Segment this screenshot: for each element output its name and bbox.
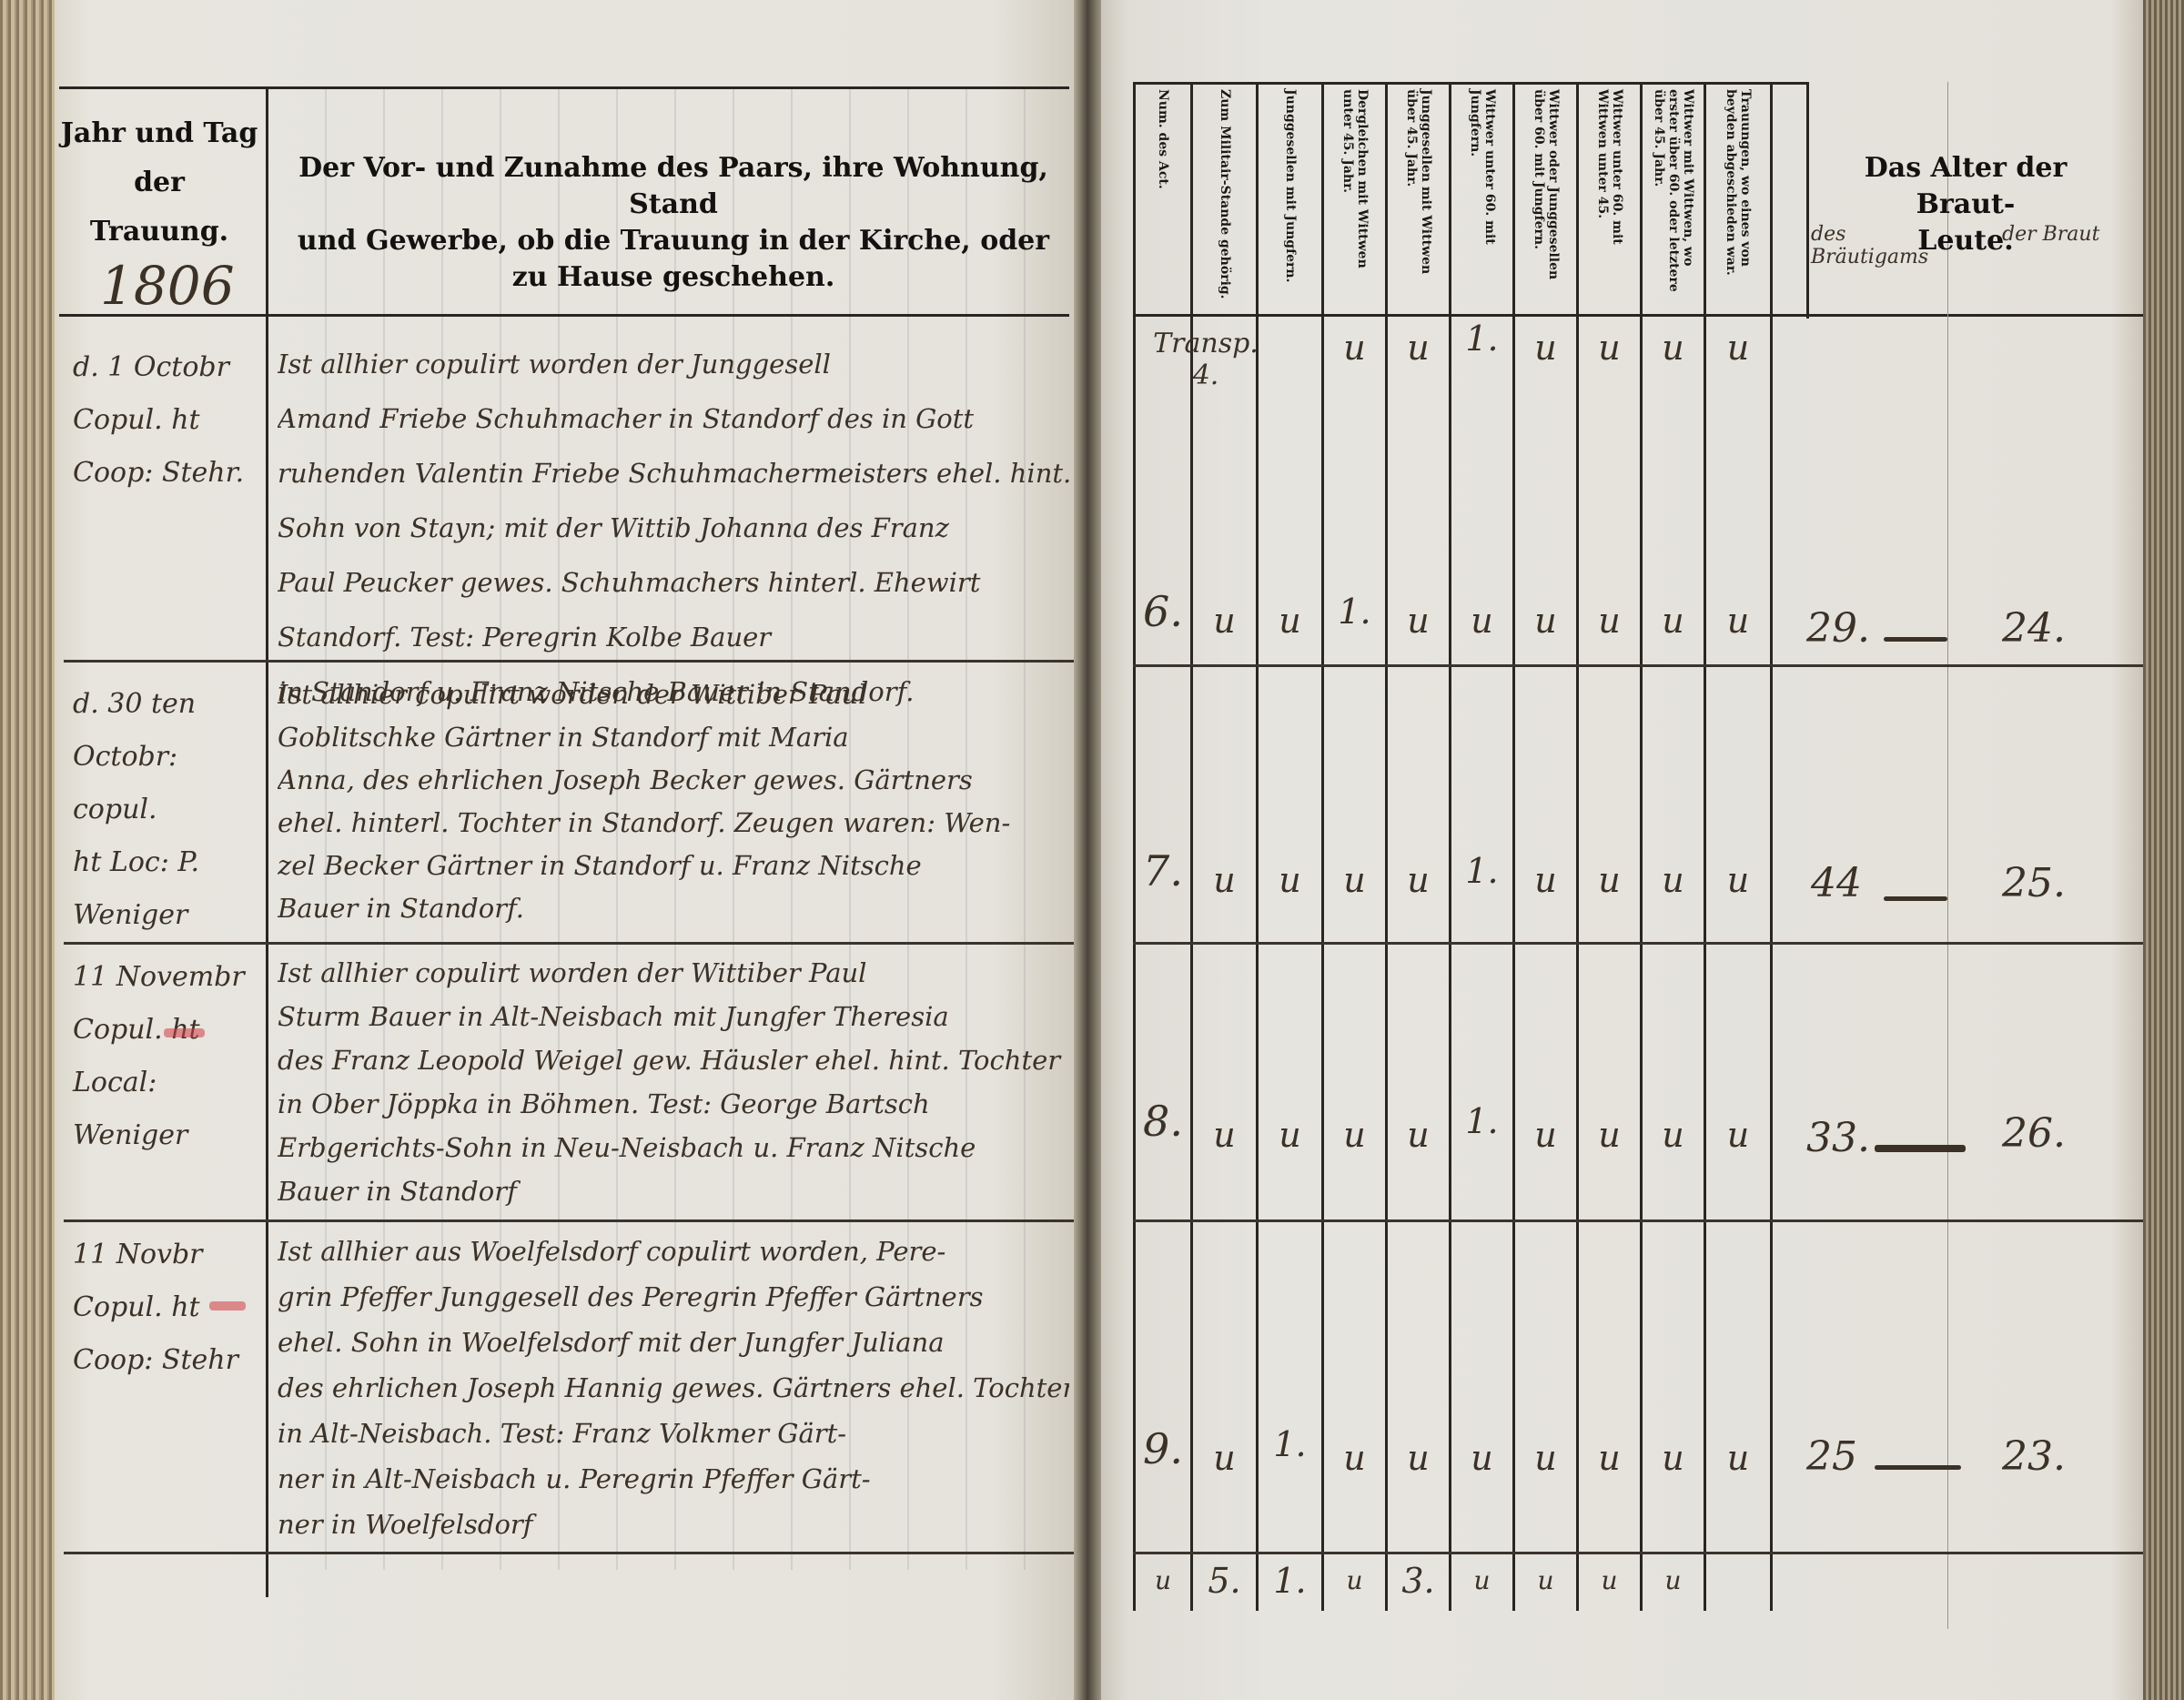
tally-cell: u — [1324, 860, 1385, 900]
col-header-divorced: Trauungen, wo eines von beyden abgeschie… — [1706, 84, 1770, 307]
entry-divider-3 — [64, 1219, 1074, 1222]
register-year: 1806 — [100, 255, 235, 317]
groom-age: 25 — [1806, 1433, 1857, 1480]
tally-cell: 1. — [1451, 851, 1512, 891]
col-header-text: Wittwer oder Junggesellen über 60. mit J… — [1532, 89, 1561, 303]
right-col-line — [1190, 82, 1193, 1611]
date-column-divider — [266, 86, 268, 1597]
text-line: ner in Woelfelsdorf — [278, 1502, 1069, 1547]
right-col-line — [1321, 82, 1324, 1611]
col-header-military: Zum Militair-Stande gehörig. — [1193, 84, 1256, 307]
tally-cell: u — [1643, 328, 1704, 368]
date-line: Coop: Stehr. — [73, 447, 264, 500]
col-header-widowers-widows-u45: Wittwer unter 60. mit Wittwen unter 45. — [1579, 84, 1640, 307]
text-line: in Ober Jöppka in Böhmen. Test: George B… — [278, 1082, 1069, 1126]
groom-age: 44 — [1811, 860, 1862, 906]
tally-cell: u — [1643, 860, 1704, 900]
date-column-header: Jahr und Tag der Trauung. — [55, 109, 264, 257]
text-line: Goblitschke Gärtner in Standorf mit Mari… — [278, 716, 1069, 759]
right-col-line — [1806, 82, 1809, 319]
text-line: Amand Friebe Schuhmacher in Standorf des… — [278, 391, 1069, 446]
text-line: ruhenden Valentin Friebe Schuhmachermeis… — [278, 446, 1069, 501]
entry-date: 11 Novembr Copul. ht Local: Weniger — [73, 951, 264, 1162]
tally-cell: u — [1324, 1115, 1385, 1155]
totals-rule — [1133, 1552, 2143, 1554]
tally-cell: u — [1259, 860, 1321, 900]
text-line: Sohn von Stayn; mit der Wittib Johanna d… — [278, 501, 1069, 555]
tally-cell: 1. — [1324, 592, 1385, 632]
col-header-text: Zum Militair-Stande gehörig. — [1218, 89, 1232, 303]
book-gutter — [1074, 0, 1101, 1700]
date-line: ht Loc: P. — [73, 836, 264, 889]
text-line: Bauer in Standorf. — [278, 887, 1069, 930]
col-header-text: Wittwer unter 60. mit Jungfern. — [1468, 89, 1497, 303]
age-dash — [1875, 1465, 1961, 1470]
page-stack-edge — [0, 0, 55, 1700]
col-header-text: Dergleichen mit Wittwen unter 45. Jahr. — [1340, 89, 1370, 303]
total-cell: 1. — [1259, 1561, 1321, 1601]
col-header-text: Wittwer unter 60. mit Wittwen unter 45. — [1595, 89, 1624, 303]
age-dash — [1884, 896, 1947, 901]
act-number: 6. — [1136, 587, 1190, 636]
total-cell: 5. — [1193, 1561, 1256, 1601]
date-line: 11 Novbr — [73, 1229, 264, 1281]
tally-cell: u — [1579, 860, 1640, 900]
tally-cell: u — [1706, 1438, 1770, 1478]
row-divider — [1133, 942, 2143, 945]
text-line: Ist allhier copulirt worden der Wittiber… — [278, 951, 1069, 995]
bride-age: 25. — [2002, 860, 2066, 906]
tally-cell: u — [1643, 601, 1704, 641]
tally-cell: u — [1388, 1438, 1449, 1478]
entry-divider-2 — [64, 942, 1074, 945]
red-ink-mark — [209, 1301, 246, 1310]
text-line: ehel. Sohn in Woelfelsdorf mit der Jungf… — [278, 1320, 1069, 1365]
header-line: Trauung. — [55, 207, 264, 257]
date-line: Local: Weniger — [73, 1057, 264, 1162]
total-cell: u — [1579, 1565, 1640, 1595]
header-line: der — [55, 158, 264, 207]
col-header-num: Num. des Act. — [1136, 84, 1190, 307]
entry-date: d. 1 Octobr Copul. ht Coop: Stehr. — [73, 341, 264, 500]
text-line: Sturm Bauer in Alt-Neisbach mit Jungfer … — [278, 995, 1069, 1038]
act-number: 7. — [1136, 846, 1190, 896]
text-line: des Franz Leopold Weigel gew. Häusler eh… — [278, 1038, 1069, 1082]
col-header-bachelors-maidens: Junggesellen mit Jungfern. — [1259, 84, 1321, 307]
tally-cell: u — [1515, 601, 1576, 641]
text-line: Erbgerichts-Sohn in Neu-Neisbach u. Fran… — [278, 1126, 1069, 1169]
total-cell: 3. — [1388, 1561, 1449, 1601]
header-line: Jahr und Tag — [55, 109, 264, 158]
names-column-header: Der Vor- und Zunahme des Paars, ihre Woh… — [273, 150, 1074, 296]
tally-cell: u — [1515, 1115, 1576, 1155]
col-header-bachelors-widows-o45: Junggesellen mit Wittwen über 45. Jahr. — [1388, 84, 1449, 307]
tally-cell: u — [1324, 328, 1385, 368]
header-line: Das Alter der Braut- — [1811, 150, 2120, 223]
age-dash — [1875, 1145, 1966, 1152]
right-page-edge — [2143, 0, 2184, 1700]
text-line: ehel. hinterl. Tochter in Standorf. Zeug… — [278, 802, 1069, 845]
transport-label: Transp. 4. — [1142, 328, 1269, 391]
date-line: Coop: Stehr — [73, 1334, 264, 1387]
tally-cell: u — [1388, 328, 1449, 368]
tally-cell: u — [1643, 1115, 1704, 1155]
tally-cell: u — [1515, 328, 1576, 368]
right-col-line — [1512, 82, 1515, 1611]
date-line: Octobr: copul. — [73, 731, 264, 836]
total-cell: u — [1324, 1565, 1385, 1595]
col-header-text: Wittwer mit Wittwen, wo erster über 60. … — [1652, 89, 1695, 303]
col-header-text: Junggesellen mit Jungfern. — [1283, 89, 1298, 303]
tally-cell: u — [1515, 860, 1576, 900]
tally-cell: u — [1193, 1438, 1256, 1478]
right-col-line — [1449, 82, 1451, 1611]
tally-cell: u — [1259, 1115, 1321, 1155]
entry-text: Ist allhier aus Woelfelsdorf copulirt wo… — [278, 1229, 1069, 1547]
tally-cell: u — [1579, 328, 1640, 368]
tally-cell: 1. — [1259, 1424, 1321, 1464]
tally-cell: u — [1515, 1438, 1576, 1478]
tally-cell: u — [1388, 1115, 1449, 1155]
total-cell: u — [1451, 1565, 1512, 1595]
groom-age: 29. — [1806, 605, 1870, 652]
entry-divider-4 — [64, 1552, 1074, 1554]
age-fold-line — [1947, 82, 1948, 1629]
tally-cell: u — [1193, 601, 1256, 641]
tally-cell: u — [1579, 601, 1640, 641]
text-line: zel Becker Gärtner in Standorf u. Franz … — [278, 845, 1069, 887]
total-cell: u — [1515, 1565, 1576, 1595]
right-header-bottom-rule — [1133, 314, 2143, 317]
col-header-widowers-u60-maidens: Wittwer unter 60. mit Jungfern. — [1451, 84, 1512, 307]
tally-cell: u — [1579, 1438, 1640, 1478]
tally-cell: u — [1706, 860, 1770, 900]
tally-cell: u — [1324, 1438, 1385, 1478]
tally-cell: u — [1579, 1115, 1640, 1155]
row-divider — [1133, 664, 2143, 667]
right-col-line — [1576, 82, 1579, 1611]
bride-age: 26. — [2002, 1110, 2066, 1157]
tally-cell: u — [1451, 1438, 1512, 1478]
col-header-text: Junggesellen mit Wittwen über 45. Jahr. — [1404, 89, 1433, 303]
date-line: 11 Novembr — [73, 951, 264, 1004]
entry-text: Ist allhier copulirt worden der Wittiber… — [278, 673, 1069, 930]
entry-text: Ist allhier copulirt worden der Junggese… — [278, 337, 1069, 719]
age-subheader-groom: des Bräutigams — [1811, 223, 1938, 268]
header-line: Der Vor- und Zunahme des Paars, ihre Woh… — [273, 150, 1074, 223]
red-ink-mark — [164, 1028, 205, 1037]
text-line: in Alt-Neisbach. Test: Franz Volkmer Gär… — [278, 1411, 1069, 1456]
col-header-o60-maidens: Wittwer oder Junggesellen über 60. mit J… — [1515, 84, 1576, 307]
total-cell: u — [1136, 1565, 1190, 1595]
date-line: Copul. ht — [73, 394, 264, 447]
date-line: d. 1 Octobr — [73, 341, 264, 394]
tally-cell: u — [1451, 601, 1512, 641]
tally-cell: u — [1706, 1115, 1770, 1155]
header-line: zu Hause geschehen. — [273, 259, 1074, 296]
right-col-line — [1640, 82, 1643, 1611]
text-line: Ist allhier aus Woelfelsdorf copulirt wo… — [278, 1229, 1069, 1274]
right-col-line — [1385, 82, 1388, 1611]
date-line: d. 30 ten — [73, 678, 264, 731]
right-col-line — [1256, 82, 1259, 1611]
tally-cell: 1. — [1451, 1101, 1512, 1141]
entry-date: d. 30 ten Octobr: copul. ht Loc: P. Weni… — [73, 678, 264, 942]
right-col-line — [1704, 82, 1706, 1611]
tally-cell: u — [1193, 860, 1256, 900]
header-top-rule — [59, 86, 1069, 89]
right-col-line — [1770, 82, 1773, 1611]
tally-cell: 1. — [1451, 319, 1512, 359]
tally-cell: u — [1193, 1115, 1256, 1155]
tally-cell: u — [1706, 328, 1770, 368]
bride-age: 23. — [2002, 1433, 2066, 1480]
tally-cell: u — [1388, 601, 1449, 641]
groom-age: 33. — [1806, 1115, 1870, 1161]
text-line: Ist allhier copulirt worden der Junggese… — [278, 337, 1069, 391]
text-line: Standorf. Test: Peregrin Kolbe Bauer — [278, 610, 1069, 664]
tally-cell: u — [1259, 601, 1321, 641]
header-line: und Gewerbe, ob die Trauung in der Kirch… — [273, 223, 1074, 259]
act-number: 9. — [1136, 1424, 1190, 1473]
age-dash — [1884, 637, 1947, 642]
col-header-bachelors-widows-u45: Dergleichen mit Wittwen unter 45. Jahr. — [1324, 84, 1385, 307]
act-number: 8. — [1136, 1097, 1190, 1146]
tally-cell: u — [1706, 601, 1770, 641]
text-line: grin Pfeffer Junggesell des Peregrin Pfe… — [278, 1274, 1069, 1320]
col-header-widowers-widows-o60: Wittwer mit Wittwen, wo erster über 60. … — [1643, 84, 1704, 307]
tally-cell: u — [1643, 1438, 1704, 1478]
text-line: des ehrlichen Joseph Hannig gewes. Gärtn… — [278, 1365, 1069, 1411]
text-line: ner in Alt-Neisbach u. Peregrin Pfeffer … — [278, 1456, 1069, 1502]
text-line: Ist allhier copulirt worden der Wittiber… — [278, 673, 1069, 716]
entry-text: Ist allhier copulirt worden der Wittiber… — [278, 951, 1069, 1213]
tally-cell: u — [1388, 860, 1449, 900]
total-cell: u — [1643, 1565, 1704, 1595]
col-header-text: Trauungen, wo eines von beyden abgeschie… — [1724, 89, 1753, 303]
age-subheader-bride: der Braut — [2002, 223, 2129, 246]
text-line: Paul Peucker gewes. Schuhmachers hinterl… — [278, 555, 1069, 610]
open-register-book: Jahr und Tag der Trauung. 1806 Der Vor- … — [0, 0, 2184, 1700]
text-line: Bauer in Standorf — [278, 1169, 1069, 1213]
date-line: Weniger — [73, 889, 264, 942]
col-header-text: Num. des Act. — [1156, 89, 1170, 303]
bride-age: 24. — [2002, 605, 2066, 652]
text-line: Anna, des ehrlichen Joseph Becker gewes.… — [278, 759, 1069, 802]
row-divider — [1133, 1219, 2143, 1222]
